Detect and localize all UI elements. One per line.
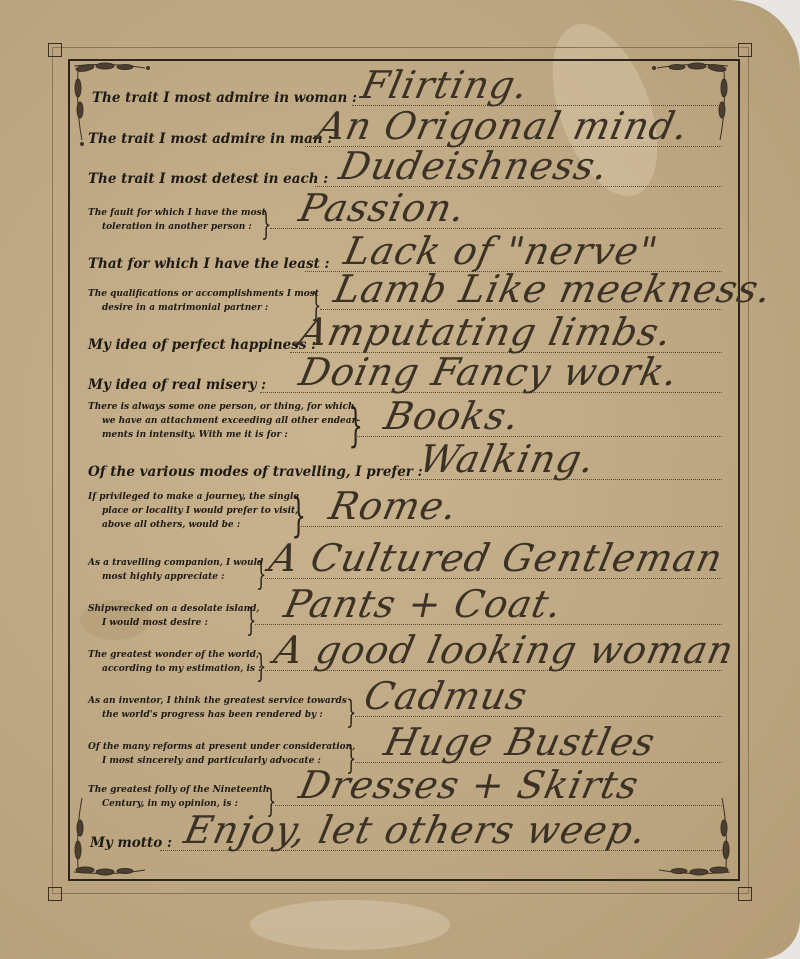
question-label: Shipwrecked on a desolate island,I would… (88, 602, 260, 630)
question-label: That for which I have the least : (88, 256, 330, 272)
handwritten-answer: Doing Fancy work. (295, 350, 682, 394)
question-label: As an inventor, I think the greatest ser… (88, 694, 347, 722)
question-label: As a travelling companion, I wouldmost h… (88, 556, 263, 584)
handwritten-answer: Enjoy, let others weep. (180, 808, 651, 852)
question-label: If privileged to make a journey, the sin… (88, 490, 299, 532)
handwritten-answer: Lamb Like meekness. (330, 267, 776, 311)
question-label: The trait I most admire in man : (88, 131, 332, 147)
handwritten-answer: Flirting. (357, 63, 532, 107)
album-page: The trait I most admire in woman :Flirti… (0, 0, 800, 959)
handwritten-answer: A good looking woman (270, 628, 738, 672)
question-label: My motto : (90, 835, 172, 851)
handwritten-answer: Books. (380, 394, 524, 438)
leaf-sprig-ornament-icon (644, 790, 734, 878)
handwritten-answer: Cadmus (360, 674, 531, 718)
question-label: The fault for which I have the mosttoler… (88, 206, 266, 234)
handwritten-answer: Rome. (325, 484, 461, 528)
handwritten-answer: Walking. (415, 437, 599, 481)
handwritten-answer: Dresses + Skirts (295, 763, 643, 807)
handwritten-answer: Pants + Coat. (280, 582, 566, 626)
handwritten-answer: An Origonal mind. (313, 104, 692, 148)
corner-square-icon (48, 887, 62, 901)
handwritten-answer: Passion. (295, 186, 469, 230)
question-label: The qualifications or accomplishments I … (88, 287, 319, 315)
paper-wear (250, 900, 450, 950)
question-label: The greatest wonder of the world,accordi… (88, 648, 261, 676)
handwritten-answer: Amputating limbs. (295, 310, 676, 354)
question-label: There is always some one person, or thin… (88, 400, 360, 442)
question-label: Of the various modes of travelling, I pr… (88, 464, 423, 480)
question-label: The trait I most detest in each : (88, 171, 328, 187)
handwritten-answer: A Cultured Gentleman (265, 536, 727, 580)
question-label: My idea of real misery : (88, 377, 266, 393)
question-label: The greatest folly of the NineteenthCent… (88, 783, 269, 811)
handwritten-answer: Dudeishness. (335, 144, 612, 188)
corner-square-icon (738, 43, 752, 57)
corner-square-icon (738, 887, 752, 901)
handwritten-answer: Huge Bustles (380, 720, 659, 764)
curly-brace-icon: } (346, 696, 356, 728)
question-label: The trait I most admire in woman : (92, 90, 357, 106)
corner-square-icon (48, 43, 62, 57)
question-label: My idea of perfect happiness : (88, 337, 316, 353)
